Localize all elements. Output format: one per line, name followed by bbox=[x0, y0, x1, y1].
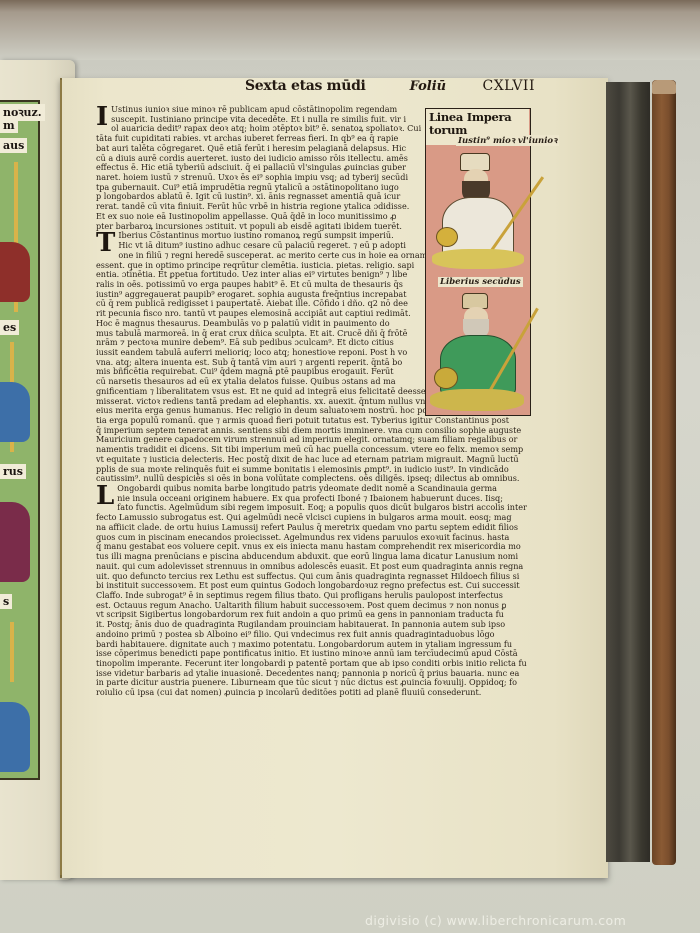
text-line: Mauricium genere capadocem virum strennu… bbox=[96, 435, 528, 445]
text-line: it. Postq; ānis duo de quadraginta Rugil… bbox=[96, 620, 528, 630]
text-line: Ustinus iunioꝛ siue minoꝛ rē publicam ap… bbox=[111, 105, 436, 115]
clouds bbox=[430, 389, 524, 411]
text-line: quos cum in piscinam enecandos proieciss… bbox=[96, 533, 528, 543]
text-line: p longobardos ablatū ē. Igit cū iustin⁹.… bbox=[96, 192, 421, 202]
text-line: uit. quo defuncto tercius rex Lethu est … bbox=[96, 572, 528, 582]
figure-red-robe bbox=[0, 242, 30, 302]
text-line: tus illi magna prenūcians e piscina abdu… bbox=[96, 552, 528, 562]
text-line: Hic vt iā ditum⁹ iustino adhuc cesare cū… bbox=[118, 241, 443, 251]
binding-headcap bbox=[652, 80, 676, 94]
text-line: roiulio cū ipsa (cui dat nomen) ꝓuincia … bbox=[96, 688, 528, 698]
background-top bbox=[0, 0, 700, 60]
text-line: isse videtur barbaris ad ytalie inuasion… bbox=[96, 669, 528, 679]
text-line: Hoc ē magnus thesaurus. Deambulās vo p p… bbox=[96, 319, 421, 329]
clouds bbox=[432, 249, 524, 269]
text-line: Et ex suo noie eā Iustinopolim appellass… bbox=[96, 212, 421, 222]
text-line: cū narsetis thesauros ad eū ex ytalia de… bbox=[96, 377, 421, 387]
text-line: effectus ē. Hic etiā tyberiū adsciuit. q… bbox=[96, 163, 421, 173]
text-line: nie insula occeani originem habuere. Ex … bbox=[117, 494, 528, 504]
figure-blue-robe bbox=[0, 382, 30, 442]
emperor-woodcut-tiberius bbox=[426, 291, 529, 415]
text-line: in parte dicitur austria puenere. Liburn… bbox=[96, 678, 528, 688]
binding-board bbox=[652, 80, 676, 865]
text-line: rit pecunia fisco nro. tantū vt paupes e… bbox=[96, 309, 421, 319]
text-line: naret. hoiem iustū ⁊ strenuū. Uxoꝛ ēs ei… bbox=[96, 173, 421, 183]
text-line: pplis de sua moꝛte relinquēs fuit ei sum… bbox=[96, 465, 528, 475]
left-label: aus bbox=[0, 138, 27, 153]
text-line: bardi habitauere. dignitate auch ⁊ maxim… bbox=[96, 640, 528, 650]
orb-icon bbox=[434, 367, 458, 389]
folio-number: CXLVII bbox=[483, 78, 536, 94]
text-line: rerat. tandē cū vita finiuit. Ferūt hūc … bbox=[96, 202, 421, 212]
text-line: vna. atq; altera inuenta est. Sub q̄ tan… bbox=[96, 358, 421, 368]
emperor-lineage-panel: Linea Impera torum Iustin⁹ mioꝛ vl'iunio… bbox=[425, 108, 531, 416]
figure-caption: Liberius secūdus bbox=[438, 277, 523, 287]
text-line: mus tabulā marmoreā. in q̄ erat crux dñi… bbox=[96, 329, 421, 339]
text-line: nrām ⁊ pectoꝛa munire debem⁹. Eā sub ped… bbox=[96, 338, 421, 348]
text-line: essent. que in optimo principe reqrūtur … bbox=[96, 261, 421, 271]
text-line: namentis tradidit ei dicens. Sit tibi im… bbox=[96, 445, 528, 455]
text-line: tāta fuit cupiditati rabies. vt archas i… bbox=[96, 134, 421, 144]
gutter bbox=[60, 80, 62, 875]
text-line: cautissim⁹. nullū despiciēs si oēs in bo… bbox=[96, 474, 528, 484]
text-line: fato functis. Agelmūdum sibi regem impos… bbox=[117, 503, 528, 513]
section-longobardi: L Ongobardi quibus nomita barbe longitud… bbox=[96, 484, 528, 698]
left-label: s bbox=[0, 594, 12, 609]
text-line: cū a diuis aurē cordis auerteret. iusto … bbox=[96, 154, 421, 164]
running-head-title: Sexta etas mūdi bbox=[245, 78, 366, 94]
text-line: pter barbaroꝝ incursiones ɔstituit. vt p… bbox=[96, 222, 421, 232]
text-line: est. Octauus regum Anacho. Ualtarith fil… bbox=[96, 601, 528, 611]
text-line: Iberius Cōstantinus mortuo iustino roman… bbox=[118, 231, 443, 241]
panel-heading-line1: Linea Impera bbox=[429, 110, 511, 124]
cross-staff-icon bbox=[10, 622, 14, 682]
left-label: m bbox=[0, 118, 18, 133]
text-line: q̄ imperium septem tenerat annis. sentie… bbox=[96, 426, 528, 436]
folio-label: Foliū bbox=[410, 79, 447, 94]
text-line: tinopolim imperante. Fecerunt iter longo… bbox=[96, 659, 528, 669]
text-line: q̄ manu gestabat eos voluere cepit. vnus… bbox=[96, 542, 528, 552]
watermark: digivisio (c) www.liberchronicarum.com bbox=[365, 913, 626, 928]
figure-caption: Iustin⁹ mioꝛ vl'iunioꝛ bbox=[456, 135, 559, 146]
page-fore-edge bbox=[606, 82, 650, 862]
emperor-woodcut-iustinus bbox=[426, 149, 529, 274]
text-line: entia. ɔtīnētia. Et ꝑpetua fortitudo. Ue… bbox=[96, 270, 421, 280]
initial-letter: T bbox=[96, 232, 115, 254]
text-line: iustin⁹ aggregauerat paupib⁹ erogaret. s… bbox=[96, 290, 421, 300]
text-line: na affiicit clade. de ortu huius Lamussi… bbox=[96, 523, 528, 533]
text-line: fecto Lamussio subrogatus est. Qui agelm… bbox=[96, 513, 528, 523]
figure-purple-robe bbox=[0, 502, 30, 582]
text-line: vt equitate ⁊ iusticia delecteris. Hec p… bbox=[96, 455, 528, 465]
orb-icon bbox=[436, 227, 458, 247]
text-line: tpa gubernauit. Cui⁹ etiā imprudētia reg… bbox=[96, 183, 421, 193]
left-label: es bbox=[0, 320, 19, 335]
text-line: mis bñficētia requirebat. Cui⁹ q̄dem mag… bbox=[96, 367, 421, 377]
text-line: ol auaricia dedit⁹ rapax deoꝛ atq; hoim … bbox=[111, 124, 436, 134]
text-line: Ongobardi quibus nomita barbe longitudo … bbox=[117, 484, 528, 494]
figure-blue-robe bbox=[0, 702, 30, 772]
initial-letter: L bbox=[96, 485, 114, 507]
text-line: one in filiū ⁊ regni heredē susceperat. … bbox=[118, 251, 443, 261]
text-line: nauit. qui cum adolevisset strennuus in … bbox=[96, 562, 528, 572]
text-line: tia erga populū romanū. que ⁊ armis quoa… bbox=[96, 416, 528, 426]
text-line: iussit eandem tabulā auferri melioriq; l… bbox=[96, 348, 421, 358]
text-line: cū q̄ rem publicā redigisset i paupertat… bbox=[96, 299, 421, 309]
left-label: rus bbox=[0, 464, 26, 479]
text-line: Claffo. Inde subrogat⁹ ē in septimus reg… bbox=[96, 591, 528, 601]
text-line: vt scripsit Sigibertus longobardorum rex… bbox=[96, 610, 528, 620]
initial-letter: I bbox=[96, 106, 108, 128]
left-page-illustration: noꝛuz. m aus es rus s bbox=[0, 100, 40, 780]
text-line: bi instituit successoꝛem. Et post eum qu… bbox=[96, 581, 528, 591]
text-line: isse cōperimus benedicti pape pontificat… bbox=[96, 649, 528, 659]
text-line: suscepit. Iustiniano principe vita deced… bbox=[111, 115, 436, 125]
text-line: andoino primū ⁊ postea sb Alboino ei⁹ fi… bbox=[96, 630, 528, 640]
text-line: ralis in oēs. potissimū vo erga paupes h… bbox=[96, 280, 421, 290]
text-line: bat auri talēta cōgregaret. Quē etiā fer… bbox=[96, 144, 421, 154]
running-head: Sexta etas mūdi Foliū CXLVII bbox=[245, 78, 535, 100]
